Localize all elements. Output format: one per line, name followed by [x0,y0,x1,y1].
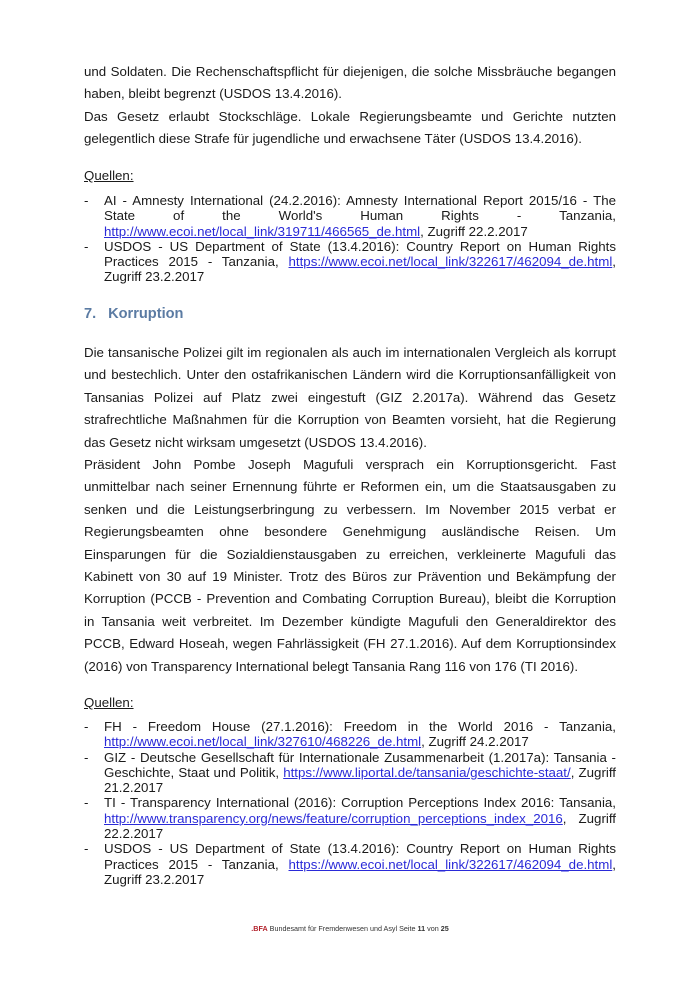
sources-label-section: Quellen: [84,695,616,710]
footer-org: Bundesamt für Fremdenwesen und Asyl Seit… [268,924,418,933]
sources-label-intro: Quellen: [84,168,616,183]
source-item: - USDOS - US Department of State (13.4.2… [84,841,616,887]
page-footer: .BFA Bundesamt für Fremdenwesen und Asyl… [0,924,700,933]
sources-list-intro: - AI - Amnesty International (24.2.2016)… [84,193,616,285]
source-item: - FH - Freedom House (27.1.2016): Freedo… [84,719,616,750]
list-dash: - [84,193,88,208]
section-heading: 7. Korruption [84,306,616,322]
list-dash: - [84,239,88,254]
list-dash: - [84,719,88,734]
page-total: 25 [441,924,449,933]
list-dash: - [84,750,88,765]
intro-paragraph-2: Das Gesetz erlaubt Stockschläge. Lokale … [84,106,616,151]
source-item: - TI - Transparency International (2016)… [84,795,616,841]
bfa-logo-text: .BFA [251,924,267,933]
source-link[interactable]: http://www.transparency.org/news/feature… [104,811,563,826]
section-number: 7. [84,306,104,322]
source-link[interactable]: https://www.ecoi.net/local_link/322617/4… [289,254,613,269]
intro-paragraph-1: und Soldaten. Die Rechenschaftspflicht f… [84,61,616,106]
source-link[interactable]: https://www.ecoi.net/local_link/322617/4… [289,857,613,872]
section-paragraph-1: Die tansanische Polizei gilt im regional… [84,342,616,454]
source-link[interactable]: http://www.ecoi.net/local_link/319711/46… [104,224,420,239]
source-link[interactable]: http://www.ecoi.net/local_link/327610/46… [104,734,421,749]
source-item: - AI - Amnesty International (24.2.2016)… [84,193,616,239]
section-title: Korruption [108,306,183,322]
section-body: Die tansanische Polizei gilt im regional… [84,342,616,678]
sources-list-section: - FH - Freedom House (27.1.2016): Freedo… [84,719,616,887]
intro-block: und Soldaten. Die Rechenschaftspflicht f… [84,61,616,151]
list-dash: - [84,795,88,810]
page-number: 11 [418,924,426,933]
list-dash: - [84,841,88,856]
section-paragraph-2: Präsident John Pombe Joseph Magufuli ver… [84,454,616,678]
source-item: - GIZ - Deutsche Gesellschaft für Intern… [84,750,616,796]
source-item: - USDOS - US Department of State (13.4.2… [84,239,616,285]
source-link[interactable]: https://www.liportal.de/tansania/geschic… [283,765,571,780]
